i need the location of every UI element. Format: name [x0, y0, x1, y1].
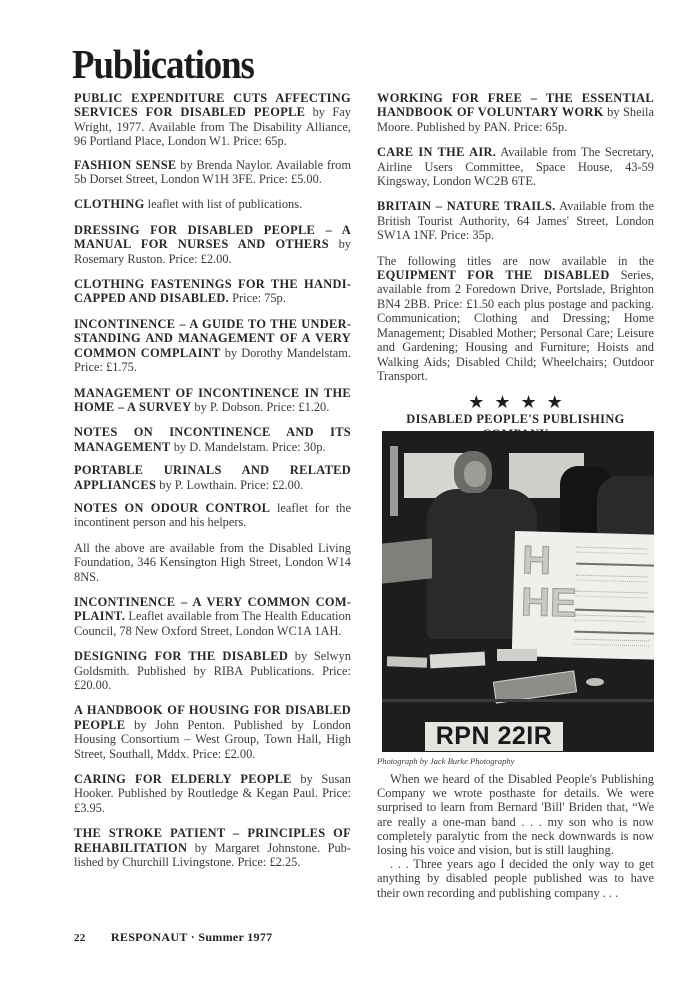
entry-title: NOTES ON ODOUR CONTROL: [74, 501, 270, 515]
entry-title: CARE IN THE AIR.: [377, 145, 496, 159]
publication-entry: PORTABLE URINALS AND RELATED APPLIANCES …: [74, 463, 351, 492]
publication-name: RESPONAUT: [111, 930, 188, 944]
publication-entry: NOTES ON ODOUR CONTROL leaflet for the i…: [74, 501, 351, 530]
publication-entry: CARING FOR ELDERLY PEOPLE by Susan Hooke…: [74, 772, 351, 815]
stack-of-papers: [382, 538, 432, 583]
right-column: WORKING FOR FREE – THE ESSENTIAL HANDBOO…: [377, 91, 654, 445]
article-paragraph: . . . Three years ago I decided the only…: [377, 857, 654, 900]
stack-of-books: [387, 656, 427, 667]
entry-details: by P. Lowthain. Price: £2.00.: [156, 478, 303, 492]
entry-title: FASHION SENSE: [74, 158, 176, 172]
star-separator-icon: ★★★★: [387, 392, 654, 412]
person-face: [464, 461, 486, 487]
publication-entry: THE STROKE PATIENT – PRINCIPLES OF REHAB…: [74, 826, 351, 869]
publication-entry: WORKING FOR FREE – THE ESSENTIAL HANDBOO…: [377, 91, 654, 134]
publication-entry: INCONTINENCE – A GUIDE TO THE UNDER­STAN…: [74, 317, 351, 375]
sign-underline: [574, 631, 654, 635]
publication-entry: MANAGEMENT OF INCONTINENCE IN THE HOME –…: [74, 386, 351, 415]
sign-letters: HHE: [521, 539, 579, 624]
sign-handwriting: [574, 639, 649, 647]
sign-handwriting: [575, 591, 647, 599]
feature-article: When we heard of the Disabled People's P…: [377, 772, 654, 900]
entry-title: DESIGNING FOR THE DISABLED: [74, 649, 288, 663]
entry-details: Price: 75p.: [229, 291, 286, 305]
publication-entry: DESIGNING FOR THE DISABLED by Selwyn Gol…: [74, 649, 351, 692]
series-title: EQUIPMENT FOR THE DISABLED: [377, 268, 610, 282]
footer-separator: ·: [191, 930, 195, 944]
entry-title: CLOTHING FASTENINGS FOR THE HANDI­CAPPED…: [74, 277, 351, 305]
vehicle-door-frame: [390, 446, 398, 516]
entry-title: CARING FOR ELDERLY PEOPLE: [74, 772, 292, 786]
sign-underline: [576, 563, 654, 567]
entry-title: BRITAIN – NATURE TRAILS.: [377, 199, 556, 213]
license-plate: RPN 22IR: [425, 722, 563, 751]
availability-note: All the above are available from the Dis…: [74, 541, 351, 584]
publication-entry: INCONTINENCE – A VERY COMMON COM­PLAINT.…: [74, 595, 351, 638]
stack-of-books: [430, 652, 486, 669]
vehicle-tailgate: [382, 699, 654, 702]
page-number: 22: [74, 932, 86, 944]
entry-details: by D. Mandelstam. Price: 30p.: [171, 440, 326, 454]
publication-entry: A HANDBOOK OF HOUSING FOR DISABLED PEOPL…: [74, 703, 351, 761]
sign-handwriting: [576, 575, 648, 583]
publication-entry: CLOTHING FASTENINGS FOR THE HANDI­CAPPED…: [74, 277, 351, 306]
entry-details: All the above are available from the Dis…: [74, 541, 351, 584]
feature-photograph: HHE RPN 22IR: [382, 431, 654, 752]
series-intro: The following titles are now available i…: [377, 254, 654, 268]
page-footer: 22 RESPONAUT · Summer 1977: [74, 930, 272, 945]
handwritten-sign: HHE: [512, 531, 654, 660]
publication-entry: FASHION SENSE by Brenda Naylor. Availabl…: [74, 158, 351, 187]
publication-entry: DRESSING FOR DISABLED PEOPLE – A MANUAL …: [74, 223, 351, 266]
publication-entry: NOTES ON INCONTINENCE AND ITS MANAGEMENT…: [74, 425, 351, 454]
sign-underline: [575, 609, 654, 613]
article-paragraph: When we heard of the Disabled People's P…: [377, 772, 654, 857]
photo-caption: Photograph by Jack Burke Photography: [377, 755, 514, 767]
sign-handwriting: [575, 615, 645, 623]
issue-date: Summer 1977: [198, 930, 272, 944]
entry-title: CLOTHING: [74, 197, 145, 211]
sign-handwriting: [576, 547, 646, 555]
equipment-series-entry: The following titles are now available i…: [377, 254, 654, 384]
left-column: PUBLIC EXPENDITURE CUTS AFFECTING SERVIC…: [74, 91, 351, 878]
tape-reel: [586, 678, 604, 686]
publication-entry: CLOTHING leaflet with list of publicatio…: [74, 197, 351, 211]
series-details: Series, available from 2 Foredown Drive,…: [377, 268, 654, 383]
publication-entry: BRITAIN – NATURE TRAILS. Available from …: [377, 199, 654, 242]
entry-details: leaflet with list of publications.: [145, 197, 303, 211]
entry-title: DRESSING FOR DISABLED PEOPLE – A MANUAL …: [74, 223, 351, 251]
vehicle-seat: [597, 476, 654, 541]
page-title: Publications: [72, 40, 254, 88]
entry-details: by P. Dobson. Price: £1.20.: [191, 400, 329, 414]
publication-entry: PUBLIC EXPENDITURE CUTS AFFECTING SERVIC…: [74, 91, 351, 149]
stack-of-books: [497, 649, 537, 661]
publication-entry: CARE IN THE AIR. Available from The Secr…: [377, 145, 654, 188]
